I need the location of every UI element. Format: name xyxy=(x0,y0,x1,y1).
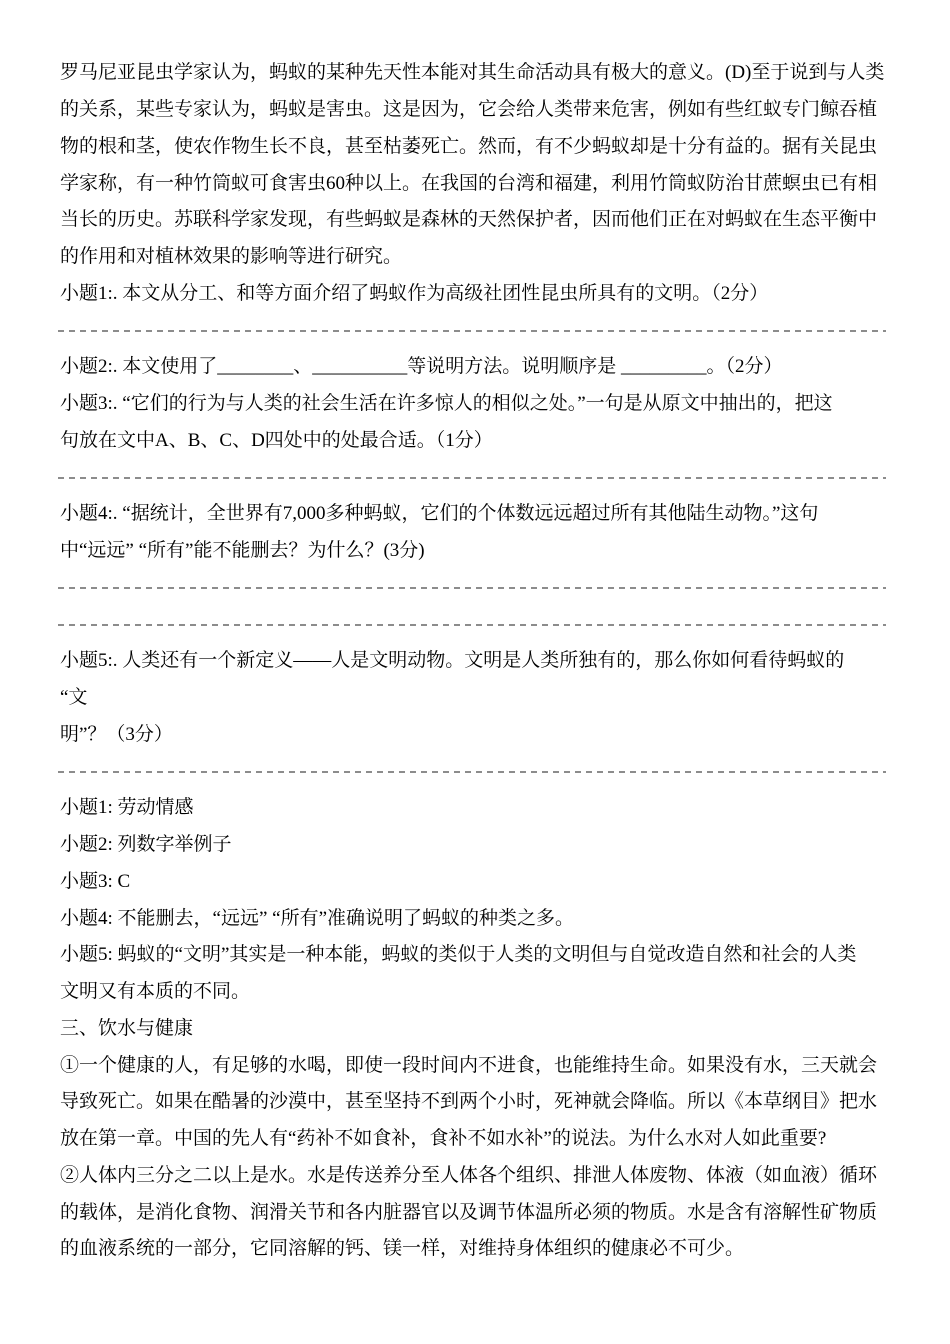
line-text: 当长的历史。苏联科学家发现，有些蚂蚁是森林的天然保护者，因而他们正在对蚂蚁在生态… xyxy=(60,202,877,239)
line-text: 小题5: 蚂蚁的“文明”其实是一种本能，蚂蚁的类似于人类的文明但与自觉改造自然和… xyxy=(60,937,856,974)
line-text: 的关系，某些专家认为，蚂蚁是害虫。这是因为，它会给人类带来危害，例如有些红蚁专门… xyxy=(60,92,877,129)
separator xyxy=(60,570,905,607)
passage-line: 当长的历史。苏联科学家发现，有些蚂蚁是森林的天然保护者，因而他们正在对蚂蚁在生态… xyxy=(60,202,905,239)
answer-line: 小题3: C xyxy=(60,864,905,901)
line-text: 学家称，有一种竹筒蚁可食害虫60种以上。在我国的台湾和福建，利用竹筒蚁防治甘蔗螟… xyxy=(60,166,877,203)
passage-line: 的载体，是消化食物、润滑关节和各内脏器官以及调节体温所必须的物质。水是含有溶解性… xyxy=(60,1194,905,1231)
question-line: 小题1:. 本文从分工、和等方面介绍了蚂蚁作为高级社团性昆虫所具有的文明。（2分… xyxy=(60,276,905,313)
line-text: 导致死亡。如果在酷暑的沙漠中，甚至坚持不到两个小时，死神就会降临。所以《本草纲目… xyxy=(60,1084,877,1121)
question-line: 句放在文中A、B、C、D四处中的处最合适。（1分） xyxy=(60,423,905,460)
passage-line: 的关系，某些专家认为，蚂蚁是害虫。这是因为，它会给人类带来危害，例如有些红蚁专门… xyxy=(60,92,905,129)
answer-line: 小题4: 不能删去，“远远” “所有”准确说明了蚂蚁的种类之多。 xyxy=(60,900,905,937)
line-text: 物的根和茎，使农作物生长不良，甚至枯萎死亡。然而，有不少蚂蚁却是十分有益的。据有… xyxy=(60,129,877,166)
exam-document-page: 罗马尼亚昆虫学家认为，蚂蚁的某种先天性本能对其生命活动具有极大的意义。(D)至于… xyxy=(0,0,950,1344)
passage-line: 学家称，有一种竹筒蚁可食害虫60种以上。在我国的台湾和福建，利用竹筒蚁防治甘蔗螟… xyxy=(60,165,905,202)
line-text: 小题1:. 本文从分工、和等方面介绍了蚂蚁作为高级社团性昆虫所具有的文明。（2分… xyxy=(60,276,768,313)
line-text: 小题5:. 人类还有一个新定义——人是文明动物。文明是人类所独有的，那么你如何看… xyxy=(60,643,844,680)
line-text: 句放在文中A、B、C、D四处中的处最合适。（1分） xyxy=(60,423,493,460)
answer-line: 小题1: 劳动情感 xyxy=(60,790,905,827)
line-text: 的载体，是消化食物、润滑关节和各内脏器官以及调节体温所必须的物质。水是含有溶解性… xyxy=(60,1195,877,1232)
dashed-rule xyxy=(58,477,886,479)
question-line: 明”？（3分） xyxy=(60,717,905,754)
line-text: ②人体内三分之二以上是水。水是传送养分至人体各个组织、排泄人体废物、体液（如血液… xyxy=(60,1158,877,1195)
question-line: 小题3:. “它们的行为与人类的社会生活在许多惊人的相似之处。”一句是从原文中抽… xyxy=(60,386,905,423)
line-text: 罗马尼亚昆虫学家认为，蚂蚁的某种先天性本能对其生命活动具有极大的意义。(D)至于… xyxy=(60,55,884,92)
line-text: “文 xyxy=(60,680,87,717)
line-text: 文明又有本质的不同。 xyxy=(60,974,250,1011)
passage-line: 物的根和茎，使农作物生长不良，甚至枯萎死亡。然而，有不少蚂蚁却是十分有益的。据有… xyxy=(60,129,905,166)
line-text: 小题2:. 本文使用了________、__________等说明方法。说明顺序… xyxy=(60,349,783,386)
line-text: 的作用和对植林效果的影响等进行研究。 xyxy=(60,239,402,276)
passage-line: 的血液系统的一部分，它同溶解的钙、镁一样，对维持身体组织的健康必不可少。 xyxy=(60,1231,905,1268)
passage-line: 导致死亡。如果在酷暑的沙漠中，甚至坚持不到两个小时，死神就会降临。所以《本草纲目… xyxy=(60,1084,905,1121)
answer-line: 小题2: 列数字举例子 xyxy=(60,827,905,864)
answer-line: 小题5: 蚂蚁的“文明”其实是一种本能，蚂蚁的类似于人类的文明但与自觉改造自然和… xyxy=(60,937,905,974)
separator xyxy=(60,753,905,790)
answer-line: 文明又有本质的不同。 xyxy=(60,974,905,1011)
line-text: 三、饮水与健康 xyxy=(60,1011,193,1048)
separator xyxy=(60,606,905,643)
passage-line: ①一个健康的人，有足够的水喝，即使一段时间内不进食，也能维持生命。如果没有水，三… xyxy=(60,1047,905,1084)
line-text: 明”？（3分） xyxy=(60,717,173,754)
line-text: 小题4: 不能删去，“远远” “所有”准确说明了蚂蚁的种类之多。 xyxy=(60,901,574,938)
question-line: 小题5:. 人类还有一个新定义——人是文明动物。文明是人类所独有的，那么你如何看… xyxy=(60,643,905,680)
passage-line: 的作用和对植林效果的影响等进行研究。 xyxy=(60,239,905,276)
dashed-rule xyxy=(58,771,886,773)
line-text: ①一个健康的人，有足够的水喝，即使一段时间内不进食，也能维持生命。如果没有水，三… xyxy=(60,1048,877,1085)
section-heading: 三、饮水与健康 xyxy=(60,1011,905,1048)
line-text: 放在第一章。中国的先人有“药补不如食补，食补不如水补”的说法。为什么水对人如此重… xyxy=(60,1121,826,1158)
dashed-rule xyxy=(58,330,886,332)
line-text: 小题1: 劳动情感 xyxy=(60,790,194,827)
line-text: 的血液系统的一部分，它同溶解的钙、镁一样，对维持身体组织的健康必不可少。 xyxy=(60,1231,744,1268)
line-text: 小题2: 列数字举例子 xyxy=(60,827,232,864)
line-text: 小题4:. “据统计，全世界有7,000多种蚂蚁，它们的个体数远远超过所有其他陆… xyxy=(60,496,818,533)
passage-line: ②人体内三分之二以上是水。水是传送养分至人体各个组织、排泄人体废物、体液（如血液… xyxy=(60,1158,905,1195)
separator xyxy=(60,312,905,349)
passage-line: 放在第一章。中国的先人有“药补不如食补，食补不如水补”的说法。为什么水对人如此重… xyxy=(60,1121,905,1158)
dashed-rule xyxy=(58,624,886,626)
line-text: 小题3:. “它们的行为与人类的社会生活在许多惊人的相似之处。”一句是从原文中抽… xyxy=(60,386,833,423)
question-line: 小题2:. 本文使用了________、__________等说明方法。说明顺序… xyxy=(60,349,905,386)
question-line: 小题4:. “据统计，全世界有7,000多种蚂蚁，它们的个体数远远超过所有其他陆… xyxy=(60,496,905,533)
document-body: 罗马尼亚昆虫学家认为，蚂蚁的某种先天性本能对其生命活动具有极大的意义。(D)至于… xyxy=(0,0,950,1268)
line-text: 小题3: C xyxy=(60,864,130,901)
question-line: “文 xyxy=(60,680,905,717)
line-text: 中“远远” “所有”能不能删去？为什么？(3分) xyxy=(60,533,425,570)
passage-line: 罗马尼亚昆虫学家认为，蚂蚁的某种先天性本能对其生命活动具有极大的意义。(D)至于… xyxy=(60,55,905,92)
question-line: 中“远远” “所有”能不能删去？为什么？(3分) xyxy=(60,533,905,570)
dashed-rule xyxy=(58,587,886,589)
separator xyxy=(60,459,905,496)
